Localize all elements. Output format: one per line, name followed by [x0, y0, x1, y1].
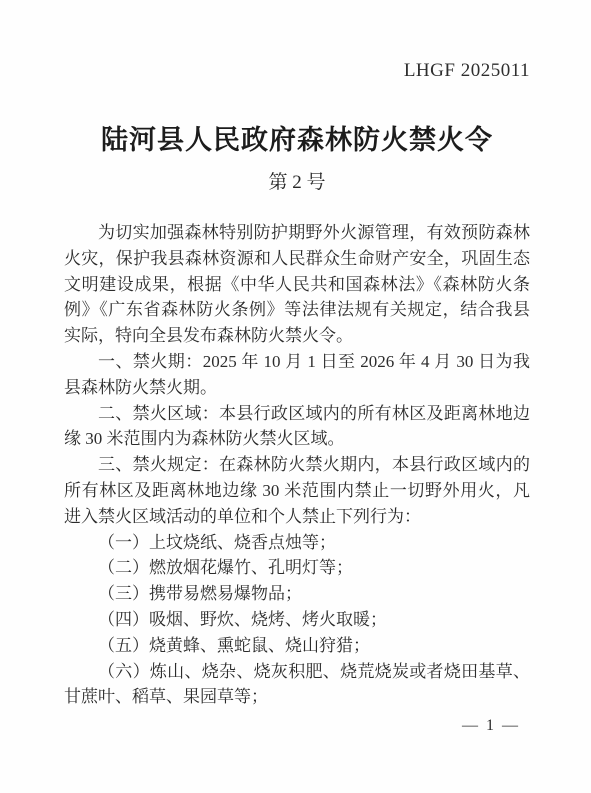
document-reference-number: LHGF 2025011 [64, 60, 530, 82]
paragraph-ban-rules: 三、禁火规定：在森林防火禁火期内，本县行政区域内的所有林区及距离林地边缘 30 … [64, 452, 530, 529]
page-number: — 1 — [462, 717, 520, 735]
document-body: 为切实加强森林特别防护期野外火源管理，有效预防森林火灾，保护我县森林资源和人民群… [64, 220, 530, 710]
list-item-3: （三）携带易燃易爆物品； [64, 581, 530, 607]
list-item-1: （一）上坟烧纸、烧香点烛等； [64, 530, 530, 556]
document-title: 陆河县人民政府森林防火禁火令 [64, 118, 530, 157]
paragraph-intro: 为切实加强森林特别防护期野外火源管理，有效预防森林火灾，保护我县森林资源和人民群… [64, 220, 530, 349]
paragraph-ban-area: 二、禁火区域：本县行政区域内的所有林区及距离林地边缘 30 米范围内为森林防火禁… [64, 401, 530, 453]
list-item-6: （六）炼山、烧杂、烧灰积肥、烧荒烧炭或者烧田基草、甘蔗叶、稻草、果园草等； [64, 659, 530, 711]
paragraph-ban-period: 一、禁火期：2025 年 10 月 1 日至 2026 年 4 月 30 日为我… [64, 349, 530, 401]
list-item-2: （二）燃放烟花爆竹、孔明灯等； [64, 555, 530, 581]
list-item-4: （四）吸烟、野炊、烧烤、烤火取暖； [64, 607, 530, 633]
list-item-5: （五）烧黄蜂、熏蛇鼠、烧山狩猎； [64, 633, 530, 659]
document-issue-number: 第 2 号 [64, 167, 530, 194]
document-page: LHGF 2025011 陆河县人民政府森林防火禁火令 第 2 号 为切实加强森… [0, 0, 591, 793]
document-content: LHGF 2025011 陆河县人民政府森林防火禁火令 第 2 号 为切实加强森… [0, 60, 591, 710]
